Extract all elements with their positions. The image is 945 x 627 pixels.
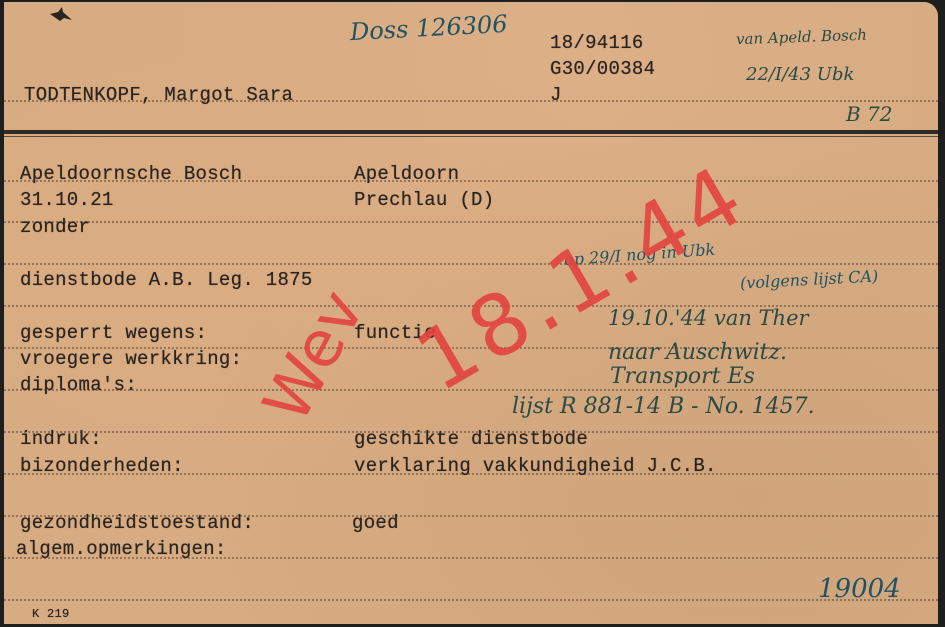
previous-work-label: vroegere werkkring: xyxy=(20,350,242,369)
diplomas-label: diploma's: xyxy=(20,376,137,395)
ref-number-3: J xyxy=(550,86,562,105)
marital-status-value: zonder xyxy=(20,218,90,237)
red-pencil-prefix: Wev xyxy=(254,281,375,432)
occupation-value: dienstbode A.B. Leg. 1875 xyxy=(20,271,313,290)
birth-place-value: Prechlau (D) xyxy=(354,191,494,210)
particulars-value: verklaring vakkundigheid J.C.B. xyxy=(354,457,717,476)
handwritten-transfer-date: 19.10.'44 van Ther xyxy=(608,308,809,329)
remarks-label: algem.opmerkingen: xyxy=(16,540,227,559)
handwritten-origin-line2: 22/I/43 Ubk xyxy=(746,66,854,84)
dotted-rule xyxy=(4,599,938,601)
handwritten-transfer-destination: naar Auschwitz. xyxy=(608,342,787,364)
particulars-label: bizonderheden: xyxy=(20,457,184,476)
health-value: goed xyxy=(352,514,399,533)
ref-number-2: G30/00384 xyxy=(550,60,655,79)
form-code: K 219 xyxy=(32,608,70,620)
header-divider xyxy=(4,130,938,134)
impression-label: indruk: xyxy=(20,430,102,449)
handwritten-origin-line1: van Apeld. Bosch xyxy=(736,28,867,48)
impression-value: geschikte dienstbode xyxy=(354,430,588,449)
city-value: Apeldoorn xyxy=(354,165,459,184)
dotted-rule xyxy=(4,263,938,265)
archival-index-card: TODTENKOPF, Margot Sara 18/94116 G30/003… xyxy=(4,2,938,624)
dotted-rule xyxy=(4,221,938,223)
handwritten-list-number: lijst R 881-14 B - No. 1457. xyxy=(512,396,815,418)
handwritten-card-number: 19004 xyxy=(818,576,901,602)
person-name: TODTENKOPF, Margot Sara xyxy=(24,86,293,105)
handwritten-transport: Transport Es xyxy=(610,366,755,388)
ink-smudge-icon xyxy=(48,6,74,26)
handwritten-note-list-ca: (volgens lijst CA) xyxy=(740,268,879,291)
health-label: gezondheidstoestand: xyxy=(20,514,254,533)
institution-value: Apeldoornsche Bosch xyxy=(20,165,242,184)
handwritten-code: B 72 xyxy=(846,104,893,124)
header-divider-thin xyxy=(4,136,938,137)
birth-date-value: 31.10.21 xyxy=(20,191,114,210)
handwritten-dossier-number: Doss 126306 xyxy=(349,12,508,44)
ref-number-1: 18/94116 xyxy=(550,34,644,53)
blocked-label: gesperrt wegens: xyxy=(20,324,207,343)
